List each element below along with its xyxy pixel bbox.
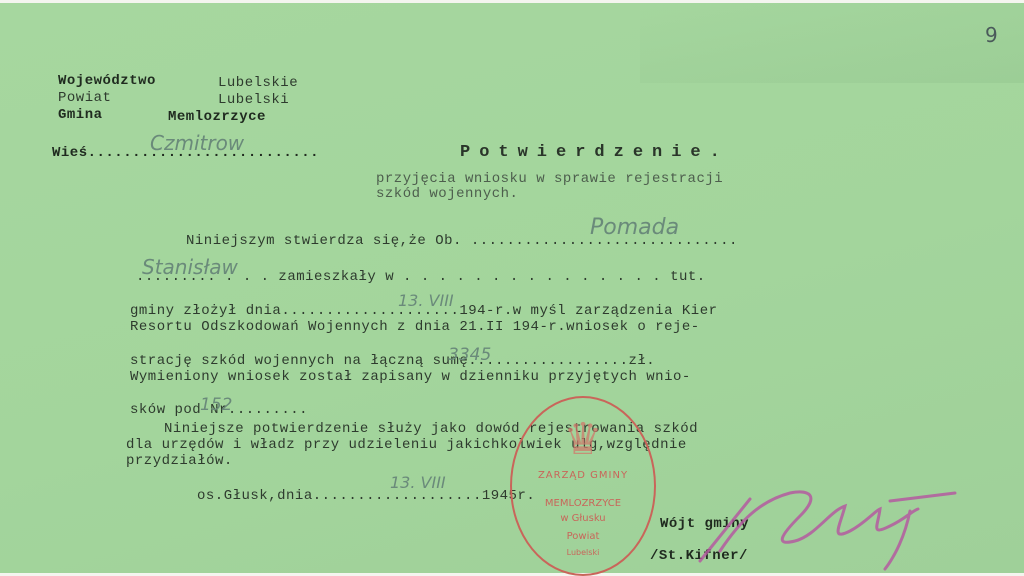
official-stamp: ♛ ZARZĄD GMINY MEMLOZRZYCE w Głusku Powi… [510, 396, 656, 576]
body-line-6: Wymieniony wniosek został zapisany w dzi… [130, 369, 691, 385]
body-line-10: przydziałów. [126, 453, 233, 469]
document-title: Potwierdzenie. [460, 143, 729, 162]
wies-handwritten: Czmitrow [150, 131, 244, 155]
firstname-handwritten: Stanisław [142, 255, 238, 279]
submission-date-handwritten: 13. VIII [398, 291, 454, 310]
stamp-line-2: MEMLOZRZYCE [512, 498, 654, 509]
eagle-emblem-icon: ♛ [555, 412, 611, 468]
stamp-line-4: Powiat [512, 531, 654, 542]
stamp-line-5: Lubelski [512, 548, 654, 557]
gmina-value: Memlozrzyce [168, 109, 266, 125]
surname-handwritten: Pomada [590, 215, 679, 240]
place-date: os.Głusk,dnia...................1945r. [197, 488, 535, 504]
stamp-line-3: w Głusku [512, 513, 654, 524]
subtitle-line-1: przyjęcia wniosku w sprawie rejestracji [376, 171, 723, 187]
body-line-4: Resortu Odszkodowań Wojennych z dnia 21.… [130, 319, 700, 335]
wojewodztwo-label: Województwo [58, 73, 156, 89]
register-number-handwritten: 152 [200, 395, 232, 415]
wojewodztwo-value: Lubelskie [218, 75, 298, 91]
amount-handwritten: 3345 [448, 345, 491, 365]
gmina-label: Gmina [58, 107, 103, 123]
body-line-5: strację szkód wojennych na łączną sumę..… [130, 353, 655, 369]
stamp-line-1: ZARZĄD GMINY [512, 470, 654, 481]
powiat-value: Lubelski [218, 92, 289, 108]
issue-date-handwritten: 13. VIII [390, 473, 446, 492]
handwritten-signature [680, 481, 960, 571]
subtitle-line-2: szkód wojennych. [376, 186, 518, 202]
paper-fold-shadow [640, 3, 1024, 83]
document-paper: 9 Województwo Lubelskie Powiat Lubelski … [0, 3, 1024, 573]
powiat-label: Powiat [58, 90, 111, 106]
page-number: 9 [985, 23, 998, 47]
